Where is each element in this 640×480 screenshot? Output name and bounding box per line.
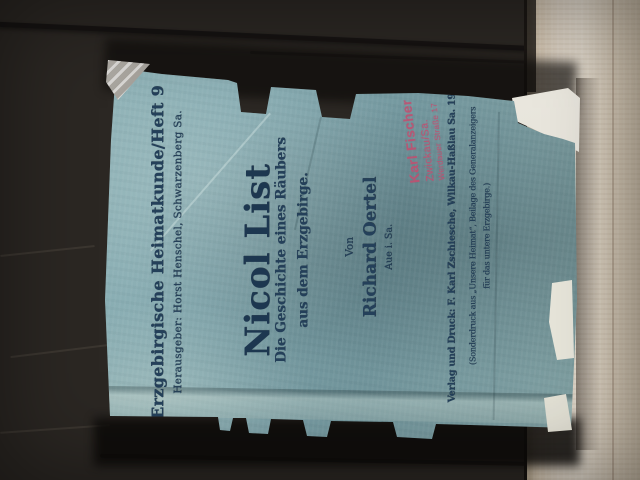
imprint-block-1: Verlag und Druck: F. Karl Zschiesche, Wi… xyxy=(447,77,458,402)
imprint-line-3: für das untere Erzgebirge.) xyxy=(480,107,494,365)
subtitle-line-1: Die Geschichte eines Räubers xyxy=(271,137,293,363)
byline-von: Von xyxy=(344,177,356,318)
imprint-line-2: (Sonderdruck aus „Unsere Heimat“, Beilag… xyxy=(466,107,480,365)
booklet-shadow-on-board xyxy=(576,78,600,450)
series-header: Erzgebirgische Heimatkunde/Heft 9 Heraus… xyxy=(148,85,184,419)
subtitle-line-2: aus dem Erzgebirge. xyxy=(293,137,315,363)
cover-crease xyxy=(493,112,500,420)
ownership-stamp: Karl Fischer Zwickau/Sa. Werdauer Straße… xyxy=(398,96,448,184)
editor-line: Herausgeber: Horst Henschel, Schwarzenbe… xyxy=(172,85,184,419)
imprint-line-1: Verlag und Druck: F. Karl Zschiesche, Wi… xyxy=(447,77,458,402)
series-title-line: Erzgebirgische Heimatkunde/Heft 9 xyxy=(148,85,167,419)
imprint-block-2: (Sonderdruck aus „Unsere Heimat“, Beilag… xyxy=(466,107,493,365)
author-place: Aue i. Sa. xyxy=(384,177,395,318)
author-block: Von Richard Oertel Aue i. Sa. xyxy=(344,177,395,318)
author-name: Richard Oertel xyxy=(361,177,381,318)
side-board-seam xyxy=(612,0,614,480)
photo-of-booklet-on-table: Erzgebirgische Heimatkunde/Heft 9 Heraus… xyxy=(0,0,640,480)
book-subtitle-block: Die Geschichte eines Räubers aus dem Erz… xyxy=(271,137,314,363)
